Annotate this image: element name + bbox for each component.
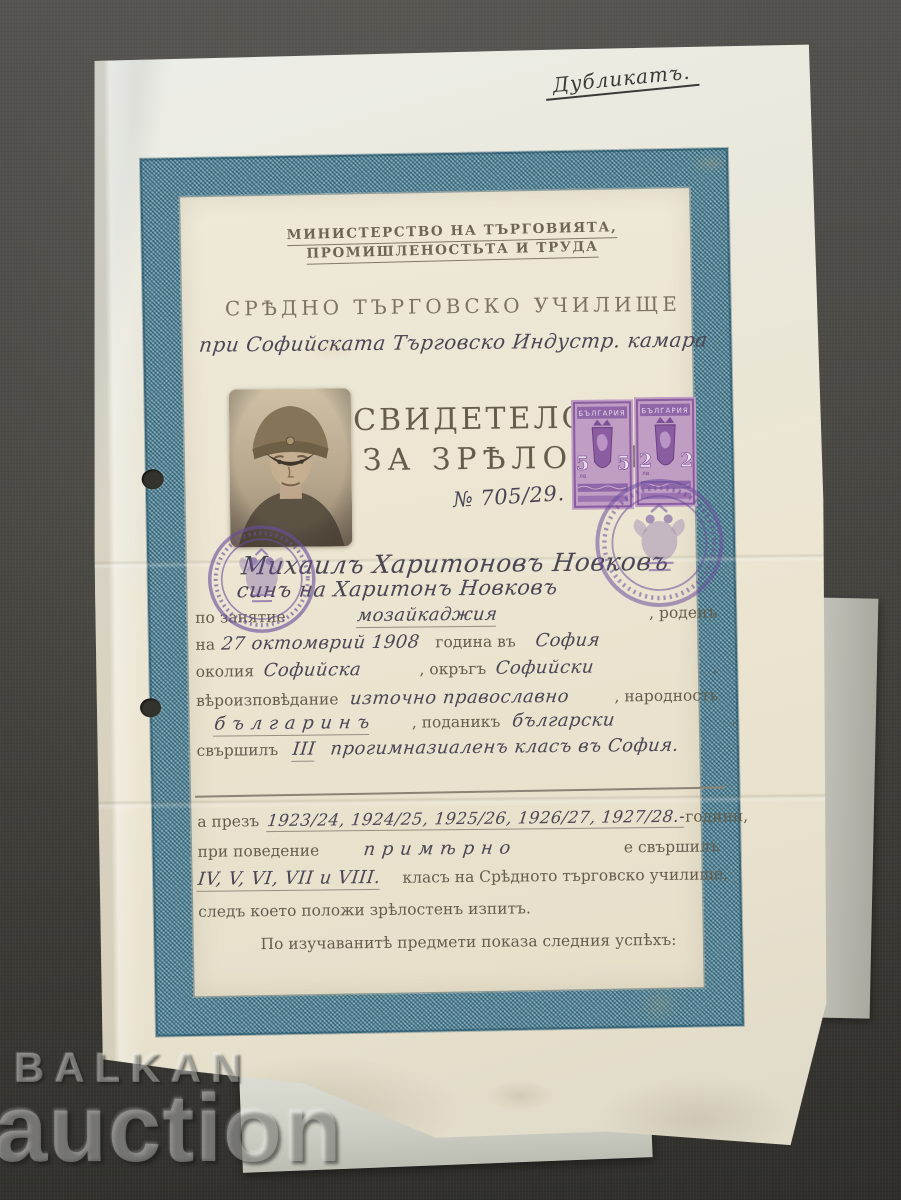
certificate-number: № 705/29. bbox=[452, 481, 565, 512]
punch-hole-top bbox=[142, 469, 164, 489]
svg-text:2: 2 bbox=[639, 450, 652, 472]
auction-photo-scene: Дубликатъ. МИНИСТЕРСТВО НА ТЪРГОВИЯТА, П… bbox=[0, 0, 901, 1200]
certificate-paper: Дубликатъ. МИНИСТЕРСТВО НА ТЪРГОВИЯТА, П… bbox=[89, 42, 846, 1158]
svg-text:БЪЛГАРИЯ: БЪЛГАРИЯ bbox=[578, 409, 625, 417]
revenue-stamp-2lv: БЪЛГАРИЯ 2 2 лв bbox=[634, 397, 697, 508]
svg-text:5: 5 bbox=[576, 453, 589, 475]
svg-text:лв: лв bbox=[642, 470, 650, 477]
svg-text:5: 5 bbox=[617, 452, 630, 474]
punch-hole-bottom bbox=[140, 698, 161, 717]
revenue-stamp-5lv: БЪЛГАРИЯ 5 5 лв bbox=[571, 399, 634, 510]
svg-text:2: 2 bbox=[680, 450, 693, 472]
svg-text:лв: лв bbox=[579, 473, 587, 480]
duplicate-annotation: Дубликатъ. bbox=[544, 59, 700, 101]
portrait-photo bbox=[229, 388, 353, 547]
svg-text:БЪЛГАРИЯ: БЪЛГАРИЯ bbox=[641, 407, 688, 415]
